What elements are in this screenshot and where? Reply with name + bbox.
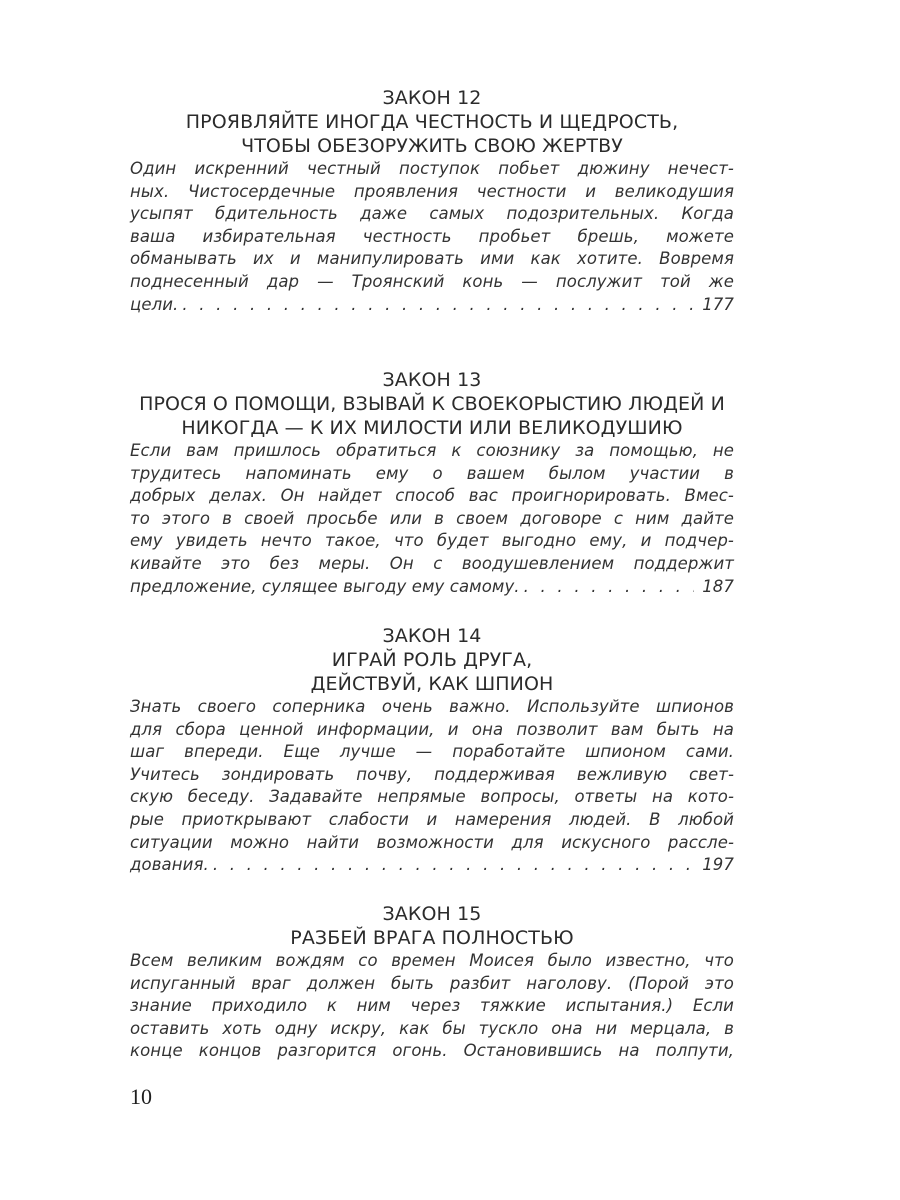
body-line: Учитесь зондировать почву, поддерживая в… xyxy=(130,764,734,787)
law-number: ЗАКОН 12 xyxy=(130,86,734,110)
page-number: 10 xyxy=(130,1084,152,1110)
law-13-section: ЗАКОН 13 ПРОСЯ О ПОМОЩИ, ВЗЫВАЙ К СВОЕКО… xyxy=(130,368,734,598)
law-14-section: ЗАКОН 14 ИГРАЙ РОЛЬ ДРУГА, ДЕЙСТВУЙ, КАК… xyxy=(130,624,734,877)
law-number: ЗАКОН 15 xyxy=(130,902,734,926)
body-line: для сбора ценной информации, и она позво… xyxy=(130,719,734,742)
law-number: ЗАКОН 13 xyxy=(130,368,734,392)
page-reference: 177 xyxy=(702,294,734,317)
page-reference: 187 xyxy=(702,576,734,599)
law-title: РАЗБЕЙ ВРАГА ПОЛНОСТЬЮ xyxy=(130,926,734,950)
law-15-section: ЗАКОН 15 РАЗБЕЙ ВРАГА ПОЛНОСТЬЮ Всем вел… xyxy=(130,902,734,1063)
body-line: кивайте это без меры. Он с воодушевление… xyxy=(130,553,734,576)
body-line: поднесенный дар — Троянский конь — послу… xyxy=(130,271,734,294)
body-line: Один искренний честный поступок побьет д… xyxy=(130,158,734,181)
body-line: шаг впереди. Еще лучше — поработайте шпи… xyxy=(130,741,734,764)
dot-leader: . . . . . . . . . . . . . . . . . . . . … xyxy=(524,576,695,599)
body-line: скую беседу. Задавайте непрямые вопросы,… xyxy=(130,786,734,809)
body-line: рые приоткрывают слабости и намерения лю… xyxy=(130,809,734,832)
body-line: испуганный враг должен быть разбит нагол… xyxy=(130,973,734,996)
body-line-end: предложение, сулящее выгоду ему самому. xyxy=(130,576,520,599)
dot-leader: . . . . . . . . . . . . . . . . . . . . … xyxy=(213,854,694,877)
body-line: Если вам пришлось обратиться к союзнику … xyxy=(130,440,734,463)
body-line: знание приходило к ним через тяжкие испы… xyxy=(130,995,734,1018)
body-line: Знать своего соперника очень важно. Испо… xyxy=(130,696,734,719)
dot-leader: . . . . . . . . . . . . . . . . . . . . … xyxy=(182,294,694,317)
body-line: ваша избирательная честность пробьет бре… xyxy=(130,226,734,249)
body-line: обманывать их и манипулировать ими как х… xyxy=(130,248,734,271)
body-line: конце концов разгорится огонь. Остановив… xyxy=(130,1040,734,1063)
body-line: то этого в своей просьбе или в своем дог… xyxy=(130,508,734,531)
body-line: добрых делах. Он найдет способ вас проиг… xyxy=(130,485,734,508)
law-title: ПРОСЯ О ПОМОЩИ, ВЗЫВАЙ К СВОЕКОРЫСТИЮ ЛЮ… xyxy=(130,392,734,416)
page-reference: 197 xyxy=(702,854,734,877)
body-line: ных. Чистосердечные проявления честности… xyxy=(130,181,734,204)
law-title: НИКОГДА — К ИХ МИЛОСТИ ИЛИ ВЕЛИКОДУШИЮ xyxy=(130,416,734,440)
body-line-end: цели. xyxy=(130,294,178,317)
book-page: ЗАКОН 12 ПРОЯВЛЯЙТЕ ИНОГДА ЧЕСТНОСТЬ И Щ… xyxy=(0,0,900,1200)
body-line: Всем великим вождям со времен Моисея был… xyxy=(130,950,734,973)
law-title: ИГРАЙ РОЛЬ ДРУГА, xyxy=(130,648,734,672)
law-number: ЗАКОН 14 xyxy=(130,624,734,648)
body-line: усыпят бдительность даже самых подозрите… xyxy=(130,203,734,226)
body-line-end: дования. xyxy=(130,854,209,877)
toc-entry-line: цели. . . . . . . . . . . . . . . . . . … xyxy=(130,294,734,317)
body-line: трудитесь напоминать ему о вашем былом у… xyxy=(130,463,734,486)
body-line: оставить хоть одну искру, как бы тускло … xyxy=(130,1018,734,1041)
law-title: ДЕЙСТВУЙ, КАК ШПИОН xyxy=(130,672,734,696)
body-line: ему увидеть нечто такое, что будет выгод… xyxy=(130,530,734,553)
toc-entry-line: дования. . . . . . . . . . . . . . . . .… xyxy=(130,854,734,877)
law-title: ЧТОБЫ ОБЕЗОРУЖИТЬ СВОЮ ЖЕРТВУ xyxy=(130,134,734,158)
law-title: ПРОЯВЛЯЙТЕ ИНОГДА ЧЕСТНОСТЬ И ЩЕДРОСТЬ, xyxy=(130,110,734,134)
body-line: ситуации можно найти возможности для иск… xyxy=(130,832,734,855)
toc-entry-line: предложение, сулящее выгоду ему самому. … xyxy=(130,576,734,599)
law-12-section: ЗАКОН 12 ПРОЯВЛЯЙТЕ ИНОГДА ЧЕСТНОСТЬ И Щ… xyxy=(130,86,734,316)
